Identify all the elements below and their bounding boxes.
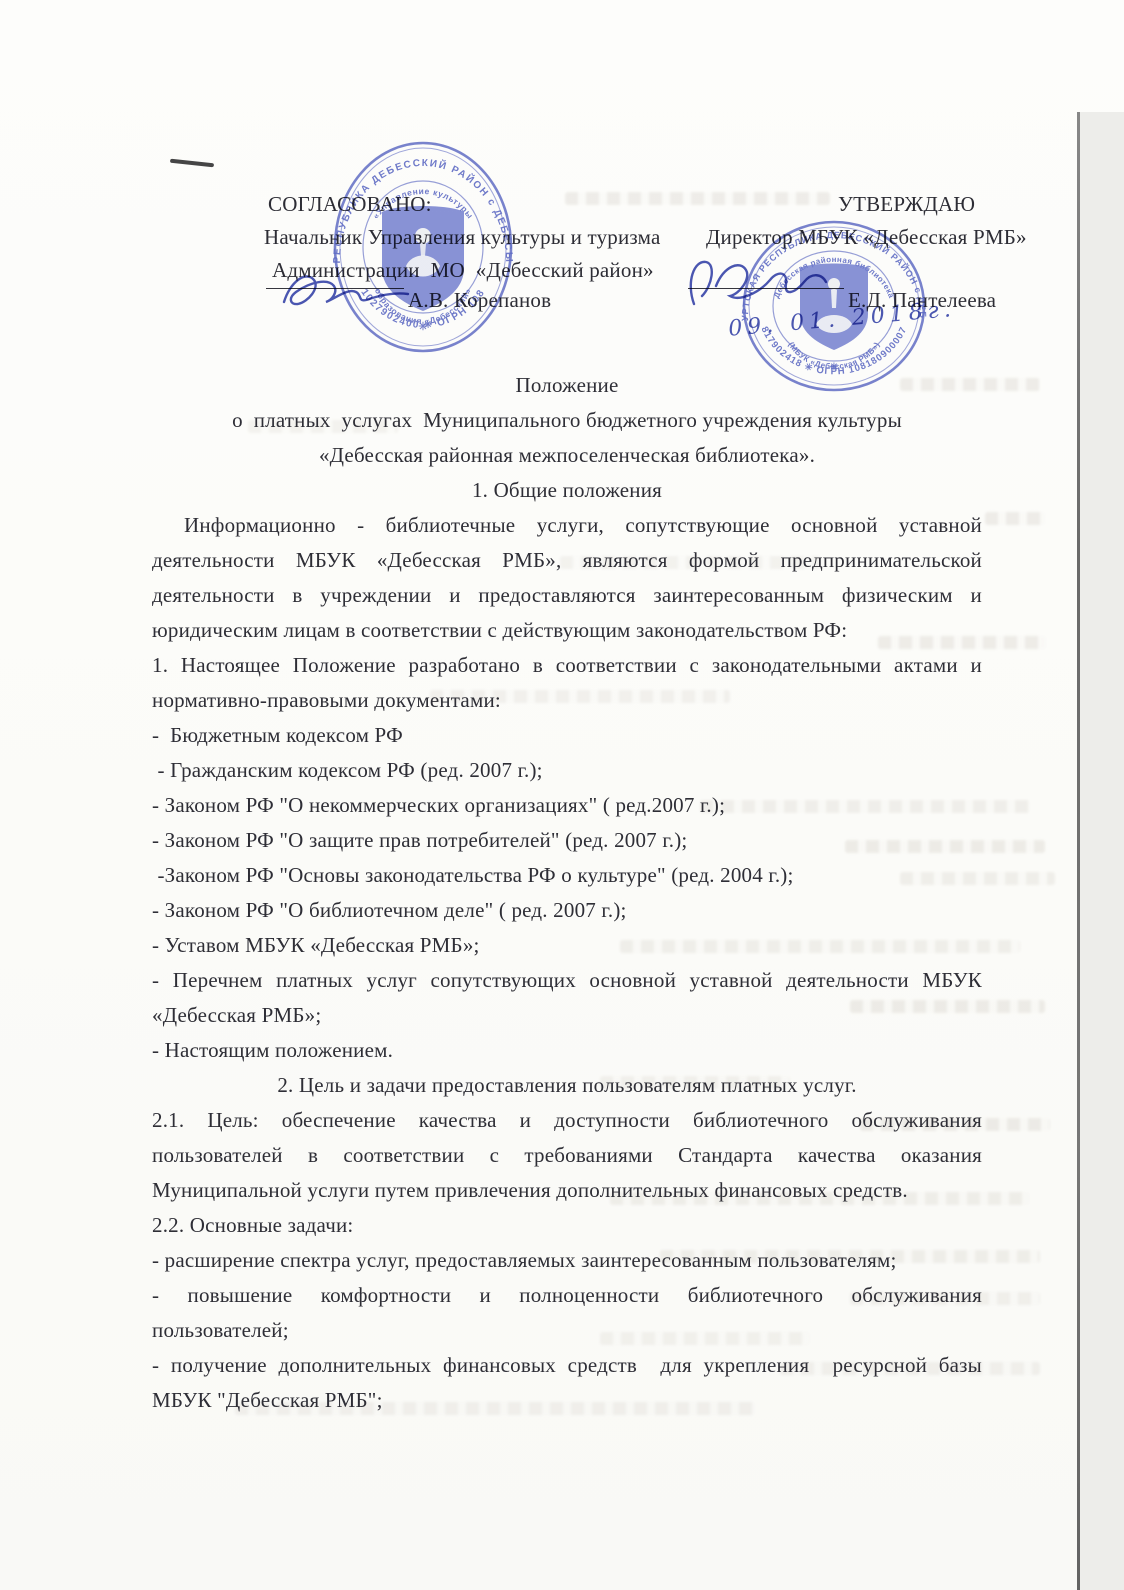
scan-edge-line <box>1077 112 1080 1590</box>
document-line: - получение дополнительных финансовых ср… <box>152 1348 982 1383</box>
document-line: деятельности в учреждении и предоставляю… <box>152 578 982 613</box>
official-stamp-culture-department: РЕСПУБЛИКА ДЕБЕССКИЙ РАЙОН с ДЕБЕСЫ 1027… <box>332 140 514 354</box>
document-line: МБУК "Дебесская РМБ"; <box>152 1383 982 1418</box>
document-line: о платных услугах Муниципального бюджетн… <box>152 403 982 438</box>
stamp-shield-emblem <box>382 206 464 311</box>
document-line: 2.1. Цель: обеспечение качества и доступ… <box>152 1103 982 1138</box>
document-line: 1. Общие положения <box>152 473 982 508</box>
document-line: - расширение спектра услуг, предоставляе… <box>152 1243 982 1278</box>
document-line: Положение <box>152 368 982 403</box>
document-line: Информационно - библиотечные услуги, соп… <box>152 508 982 543</box>
stamp-star: ✳ <box>418 321 427 333</box>
document-line: юридическим лицам в соответствии с дейст… <box>152 613 982 648</box>
document-line: 1. Настоящее Положение разработано в соо… <box>152 648 982 683</box>
approval-right-label: УТВЕРЖДАЮ <box>838 192 975 217</box>
document-line: - Перечнем платных услуг сопутствующих о… <box>152 963 982 998</box>
scan-edge-margin <box>1080 112 1124 1590</box>
document-line: нормативно-правовыми документами: <box>152 683 982 718</box>
document-line: - Гражданским кодексом РФ (ред. 2007 г.)… <box>152 753 982 788</box>
document-line: «Дебесская РМБ»; <box>152 998 982 1033</box>
document-line: -Законом РФ "Основы законодательства РФ … <box>152 858 982 893</box>
document-line: - Законом РФ "О защите прав потребителей… <box>152 823 982 858</box>
bleed-through-artifact <box>985 512 1045 525</box>
document-line: пользователей; <box>152 1313 982 1348</box>
bleed-through-artifact <box>565 192 830 205</box>
document-line: - Уставом МБУК «Дебесская РМБ»; <box>152 928 982 963</box>
document-line: деятельности МБУК «Дебесская РМБ», являю… <box>152 543 982 578</box>
document-line: - Настоящим положением. <box>152 1033 982 1068</box>
document-line: - Бюджетным кодексом РФ <box>152 718 982 753</box>
document-line: 2. Цель и задачи предоставления пользова… <box>152 1068 982 1103</box>
document-line: «Дебесская районная межпоселенческая биб… <box>152 438 982 473</box>
document-body: Положениео платных услугах Муниципальног… <box>152 368 982 1418</box>
document-line: - Законом РФ "О библиотечном деле" ( ред… <box>152 893 982 928</box>
document-line: - Законом РФ "О некоммерческих организац… <box>152 788 982 823</box>
document-line: Муниципальной услуги путем привлечения д… <box>152 1173 982 1208</box>
document-line: пользователей в соответствии с требовани… <box>152 1138 982 1173</box>
document-line: 2.2. Основные задачи: <box>152 1208 982 1243</box>
document-line: - повышение комфортности и полноценности… <box>152 1278 982 1313</box>
scanned-document-page: { "colors": { "stamp_blue": "#4b59c0", "… <box>0 0 1124 1590</box>
stamp-shield-emblem <box>800 264 868 351</box>
